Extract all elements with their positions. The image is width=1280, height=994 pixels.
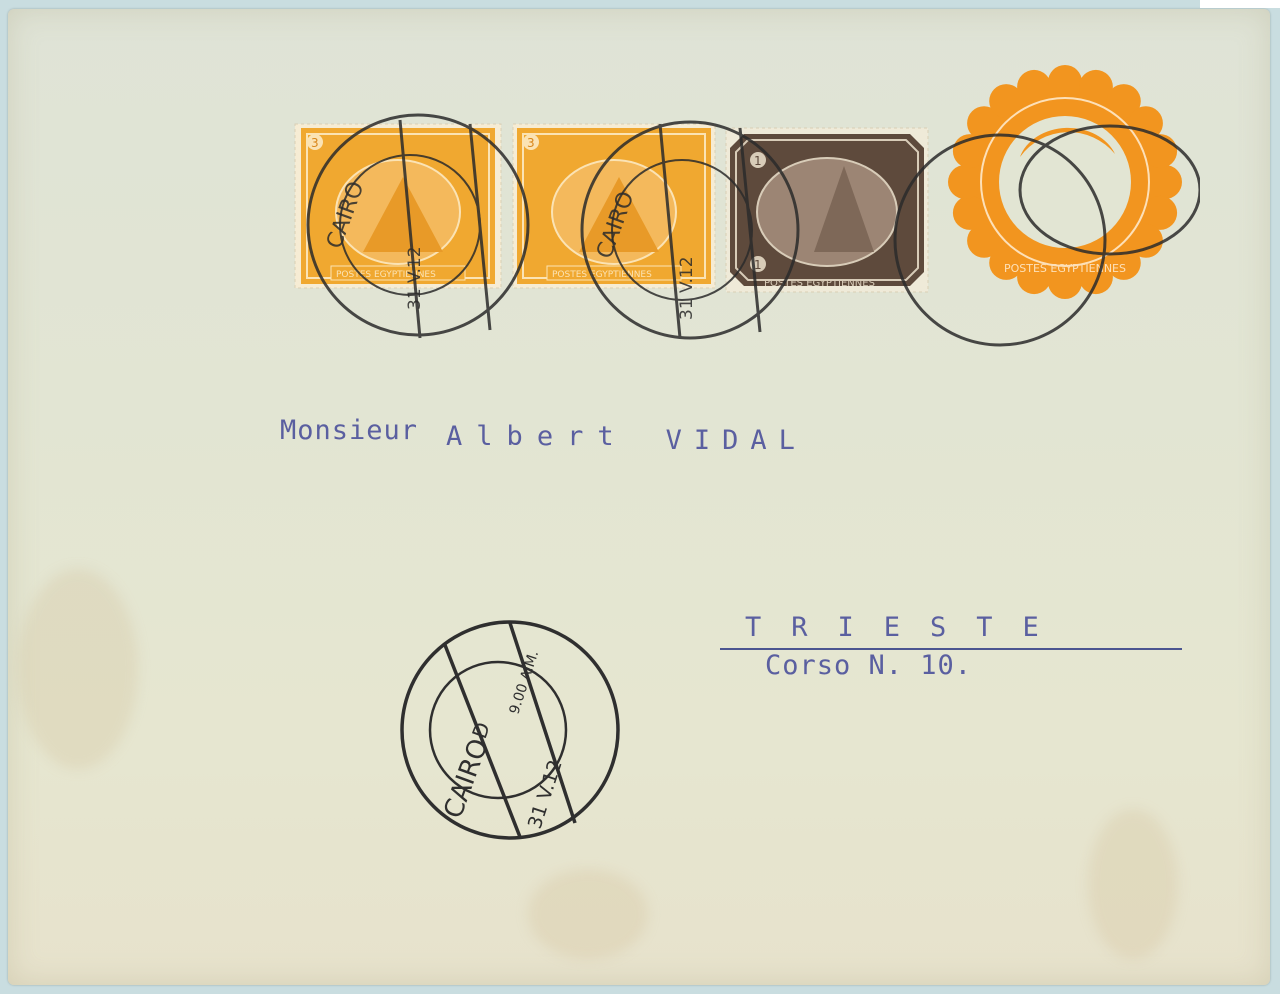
salutation: Monsieur [280, 415, 418, 446]
cairo-postmark: CAIRO D 31 V.12 9.00 A.M. [390, 605, 630, 845]
destination-city: TRIESTE [745, 612, 1069, 643]
postmark-date: 31 V.12 [405, 246, 425, 310]
postmarks-top: CAIRO CAIRO 31 V.12 31 V.12 [300, 110, 1200, 350]
postmark-city: CAIRO [592, 188, 639, 262]
postmark-date: 31 V.12 [524, 757, 567, 831]
paper-stain [18, 569, 138, 769]
postmark-city: CAIRO [438, 735, 494, 822]
postmark-date: 31 V.12 [677, 256, 697, 320]
recipient-line: MonsieurAlbertVIDAL [280, 415, 807, 446]
street-address: Corso N. 10. [765, 650, 972, 681]
corner-tag [1200, 0, 1280, 8]
paper-stain [528, 869, 648, 959]
paper-stain [1088, 809, 1178, 959]
postmark-city: CAIRO [322, 178, 369, 252]
last-name: VIDAL [666, 425, 807, 456]
first-name: Albert [446, 421, 628, 452]
